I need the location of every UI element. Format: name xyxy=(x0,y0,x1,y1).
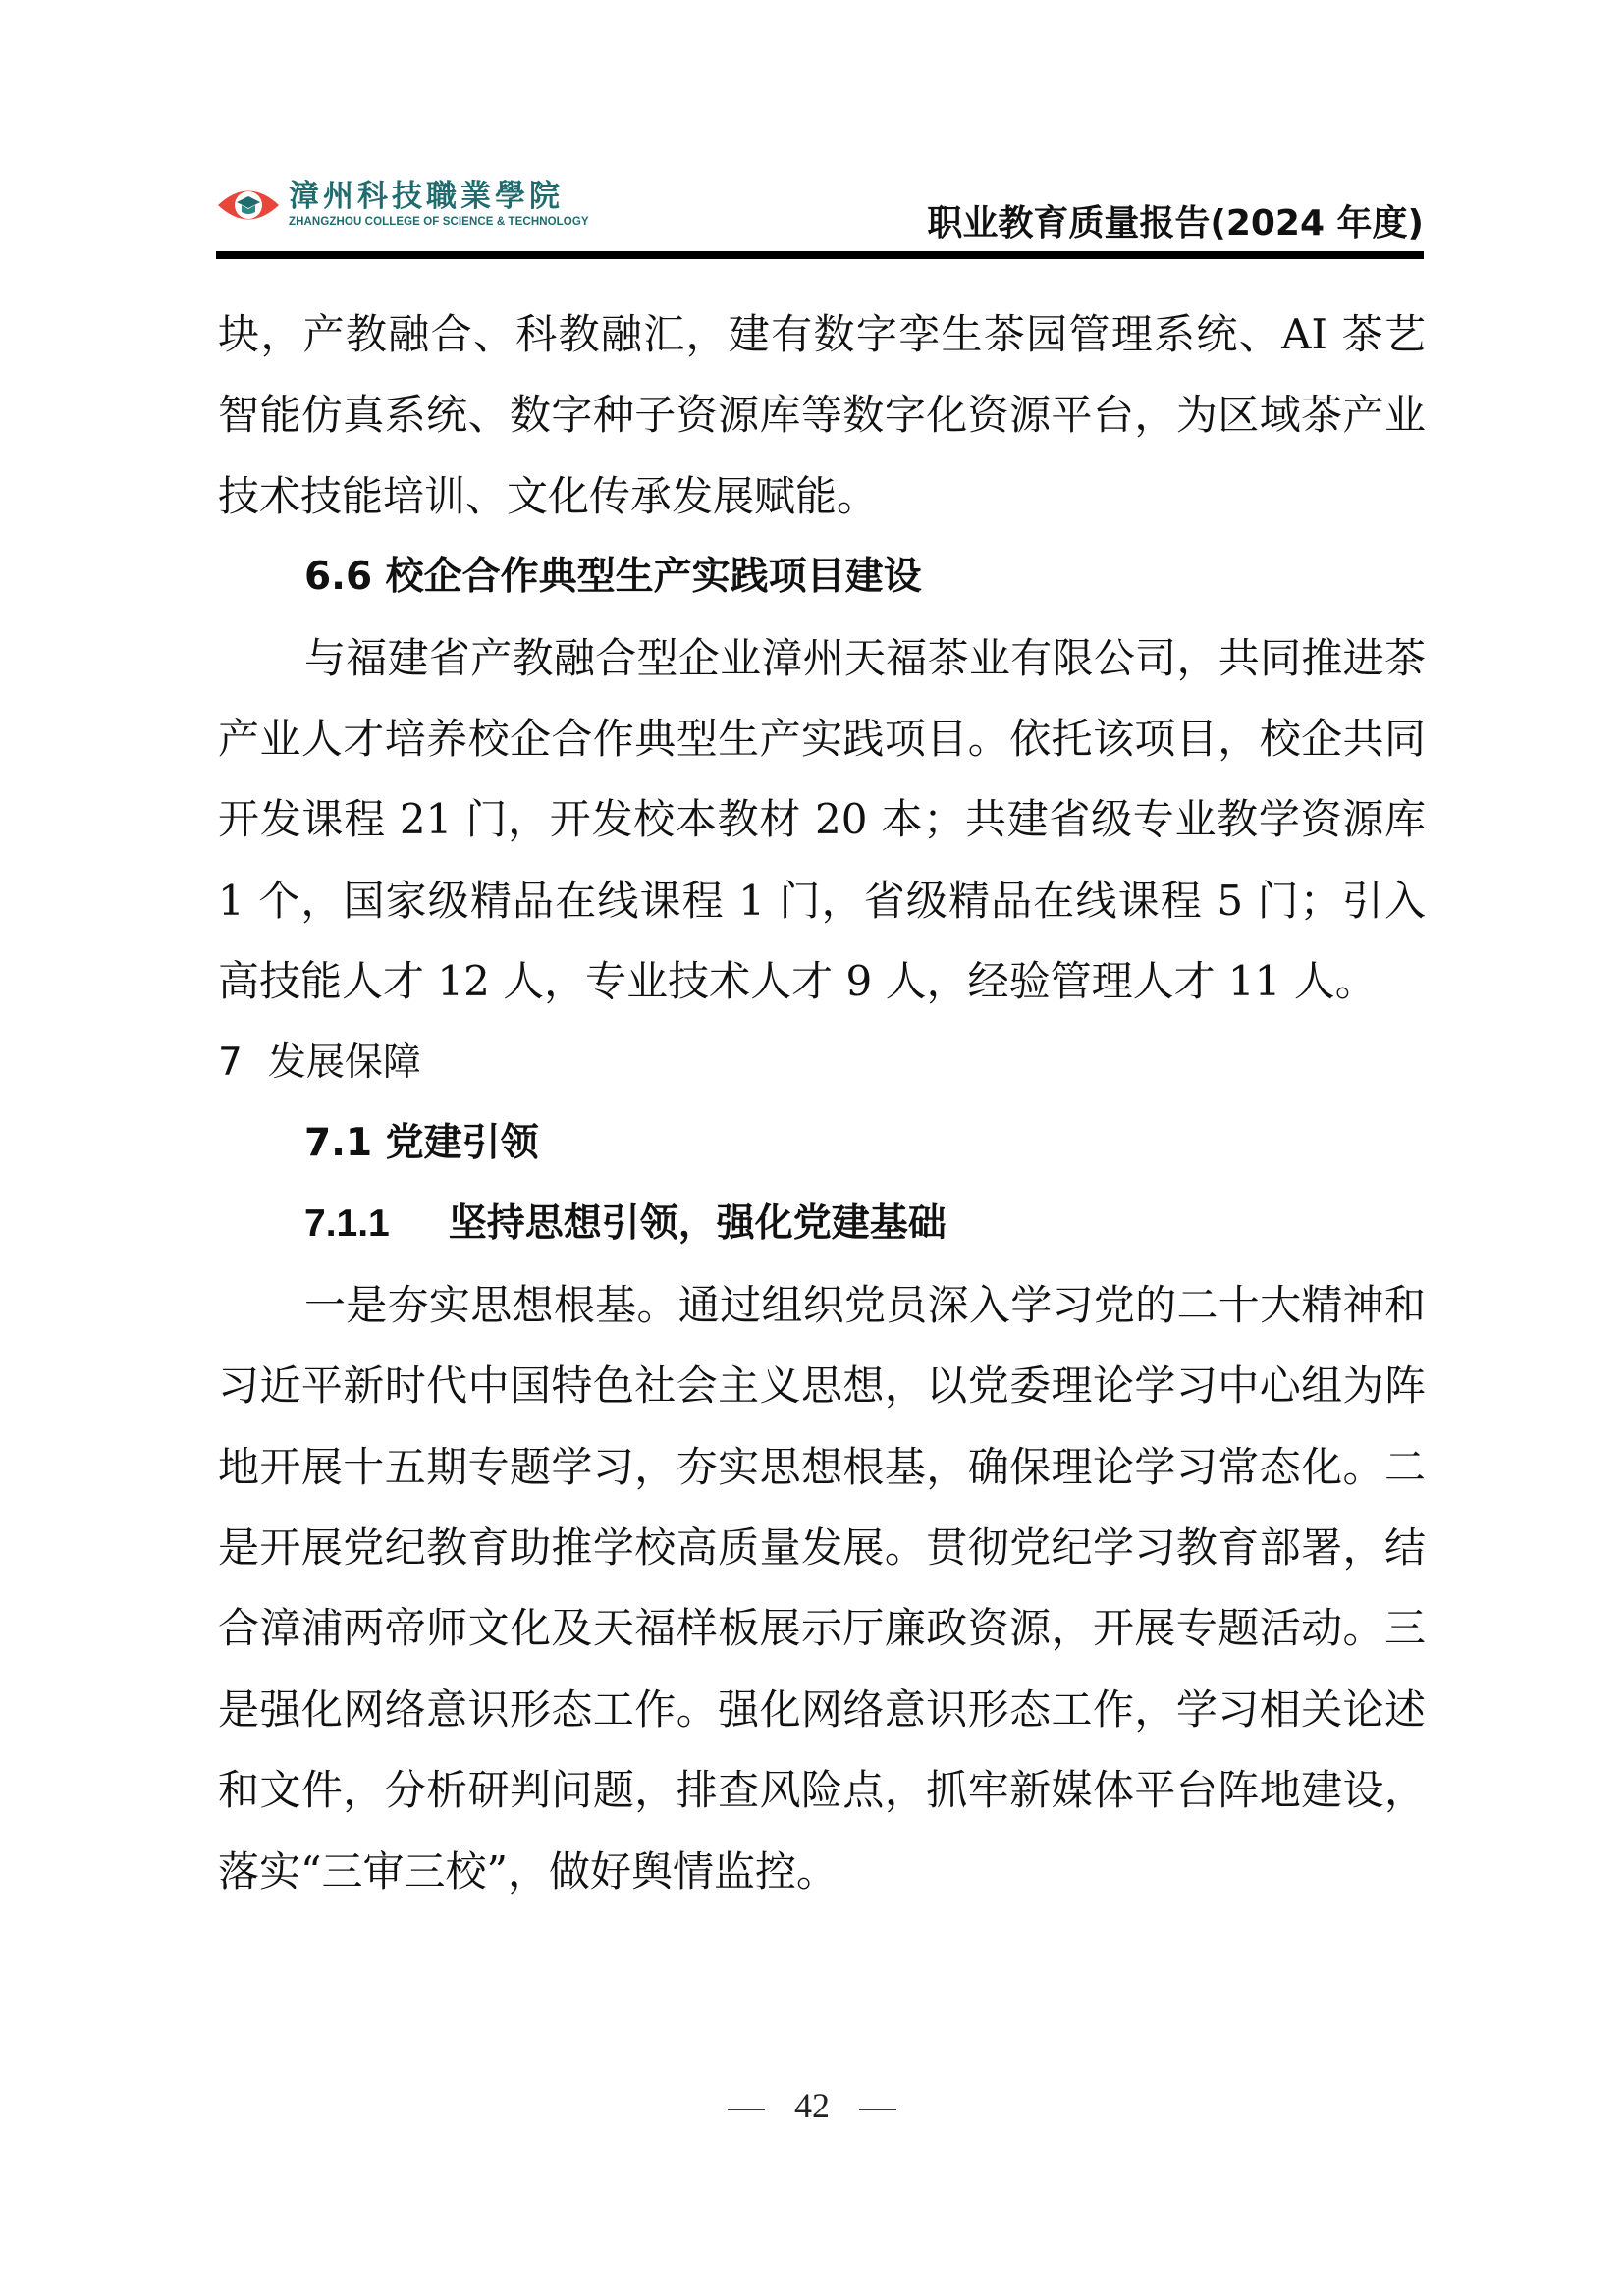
college-name-en: ZHANGZHOU COLLEGE OF SCIENCE & TECHNOLOG… xyxy=(289,216,589,228)
page-dash-right xyxy=(859,2109,896,2110)
section-7-1-heading: 7.1 党建引领 xyxy=(218,1103,1426,1184)
section-6-6-heading: 6.6 校企合作典型生产实践项目建设 xyxy=(218,537,1426,617)
college-emblem-icon xyxy=(216,183,281,228)
page-dash-left xyxy=(728,2109,765,2110)
section-7-1-1-heading: 7.1.1坚持思想引领，强化党建基础 xyxy=(218,1184,1426,1264)
section-7-1-1-number: 7.1.1 xyxy=(304,1202,390,1245)
intro-paragraph: 块，产教融合、科教融汇，建有数字孪生茶园管理系统、AI 茶艺智能仿真系统、数字种… xyxy=(218,294,1426,537)
page-number: 42 xyxy=(794,2086,830,2125)
section-7-heading: 7发展保障 xyxy=(218,1023,1426,1103)
college-logo: 漳州科技職業學院 ZHANGZHOU COLLEGE OF SCIENCE & … xyxy=(216,179,550,234)
report-title: 职业教育质量报告(2024 年度) xyxy=(927,201,1424,246)
section-7-title: 发展保障 xyxy=(268,1041,421,1085)
page-number-footer: 42 xyxy=(0,2081,1624,2130)
section-7-number: 7 xyxy=(218,1041,243,1085)
header-divider xyxy=(216,251,1424,259)
page-content: 块，产教融合、科教融汇，建有数字孪生茶园管理系统、AI 茶艺智能仿真系统、数字种… xyxy=(218,294,1426,1912)
college-name-cn: 漳州科技職業學院 xyxy=(289,179,564,214)
section-7-1-1-title: 坚持思想引领，强化党建基础 xyxy=(449,1201,947,1246)
section-6-6-paragraph: 与福建省产教融合型企业漳州天福茶业有限公司，共同推进茶产业人才培养校企合作典型生… xyxy=(218,618,1426,1023)
section-7-1-1-paragraph: 一是夯实思想根基。通过组织党员深入学习党的二十大精神和习近平新时代中国特色社会主… xyxy=(218,1265,1426,1912)
